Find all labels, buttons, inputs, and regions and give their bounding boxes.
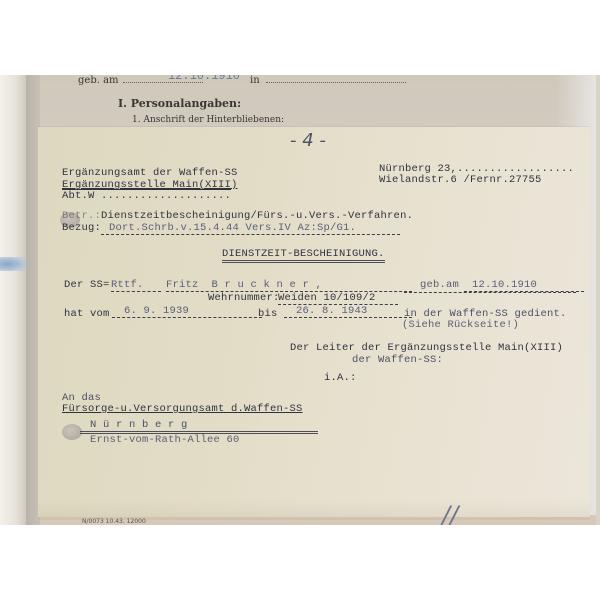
geb-am-label: geb. am [78,75,119,86]
certificate-title: DIENSTZEIT-BESCHEINIGUNG. [222,248,385,263]
bezug-label: Bezug: [62,222,101,234]
document-photo: geb. am 12.10.1910 in I. Personalangaben… [0,75,600,525]
signature-line2: der Waffen-SS: [352,354,443,366]
see-reverse-note: (Siehe Rückseite!) [402,319,519,331]
blue-tab-mark [0,257,26,271]
signature-line1: Der Leiter der Ergänzungsstelle Main(XII… [290,342,563,354]
name-field: Fritz B r u c k n e r , [166,279,412,292]
handwritten-mark: // [442,501,458,525]
geb-am-label: geb.am [420,279,459,291]
sub-item: 1. Anschrift der Hinterbliebenen: [132,115,284,125]
background-in: in [250,75,406,86]
betr-text: Dienstzeitbescheinigung/Fürs.-u.Vers.-Ve… [101,210,413,222]
binder-page-edge [0,75,26,525]
betreff-line: Betr.:Dienstzeitbescheinigung/Fürs.-u.Ve… [62,210,413,222]
wehrnummer-extra-line [404,292,576,293]
background-geb-am: geb. am 12.10.1910 [78,75,207,86]
bezug-text: Dort.Schrb.v.15.4.44 Vers.IV Az:Sp/G1. [101,222,400,235]
from-date-field: 6. 9. 1939 [112,305,262,318]
i-a-label: i.A.: [324,372,357,384]
letterhead-line3: Abt.W .................... [62,190,231,202]
letterhead-line1: Ergänzungsamt der Waffen-SS [62,167,238,179]
hat-vom-label: hat vom [64,308,110,320]
der-ss-label: Der SS= [64,279,110,291]
wehrnummer-label: Wehrnummer: [208,292,280,304]
recipient-office: Fürsorge-u.Versorgungsamt d.Waffen-SS [62,403,303,415]
sheet-shadow [38,500,590,520]
address-line: Wielandstr.6 /Fernr.27755 [379,174,542,186]
to-date-field: 26. 8. 1943 [284,305,412,318]
bis-label: bis [258,308,278,320]
birth-date-field: 12.10.1910 [464,279,584,292]
page-number-handwritten: - 4 - [290,130,326,151]
bezug-line: Bezug:Dort.Schrb.v.15.4.44 Vers.IV Az:Sp… [62,222,400,234]
geb-am-value: 12.10.1910 [168,75,240,83]
rank-field: Rttf. [111,279,161,292]
wehrnummer-field: Weiden 10/109/2 [278,292,398,305]
betr-label: Betr.: [62,210,101,222]
punch-hole-lower [62,424,82,440]
section-heading: I. Personalangaben: [118,97,241,110]
in-label: in [250,75,260,86]
city-double-underline [80,425,318,434]
recipient-street: Ernst-vom-Rath-Allee 60 [90,434,240,446]
